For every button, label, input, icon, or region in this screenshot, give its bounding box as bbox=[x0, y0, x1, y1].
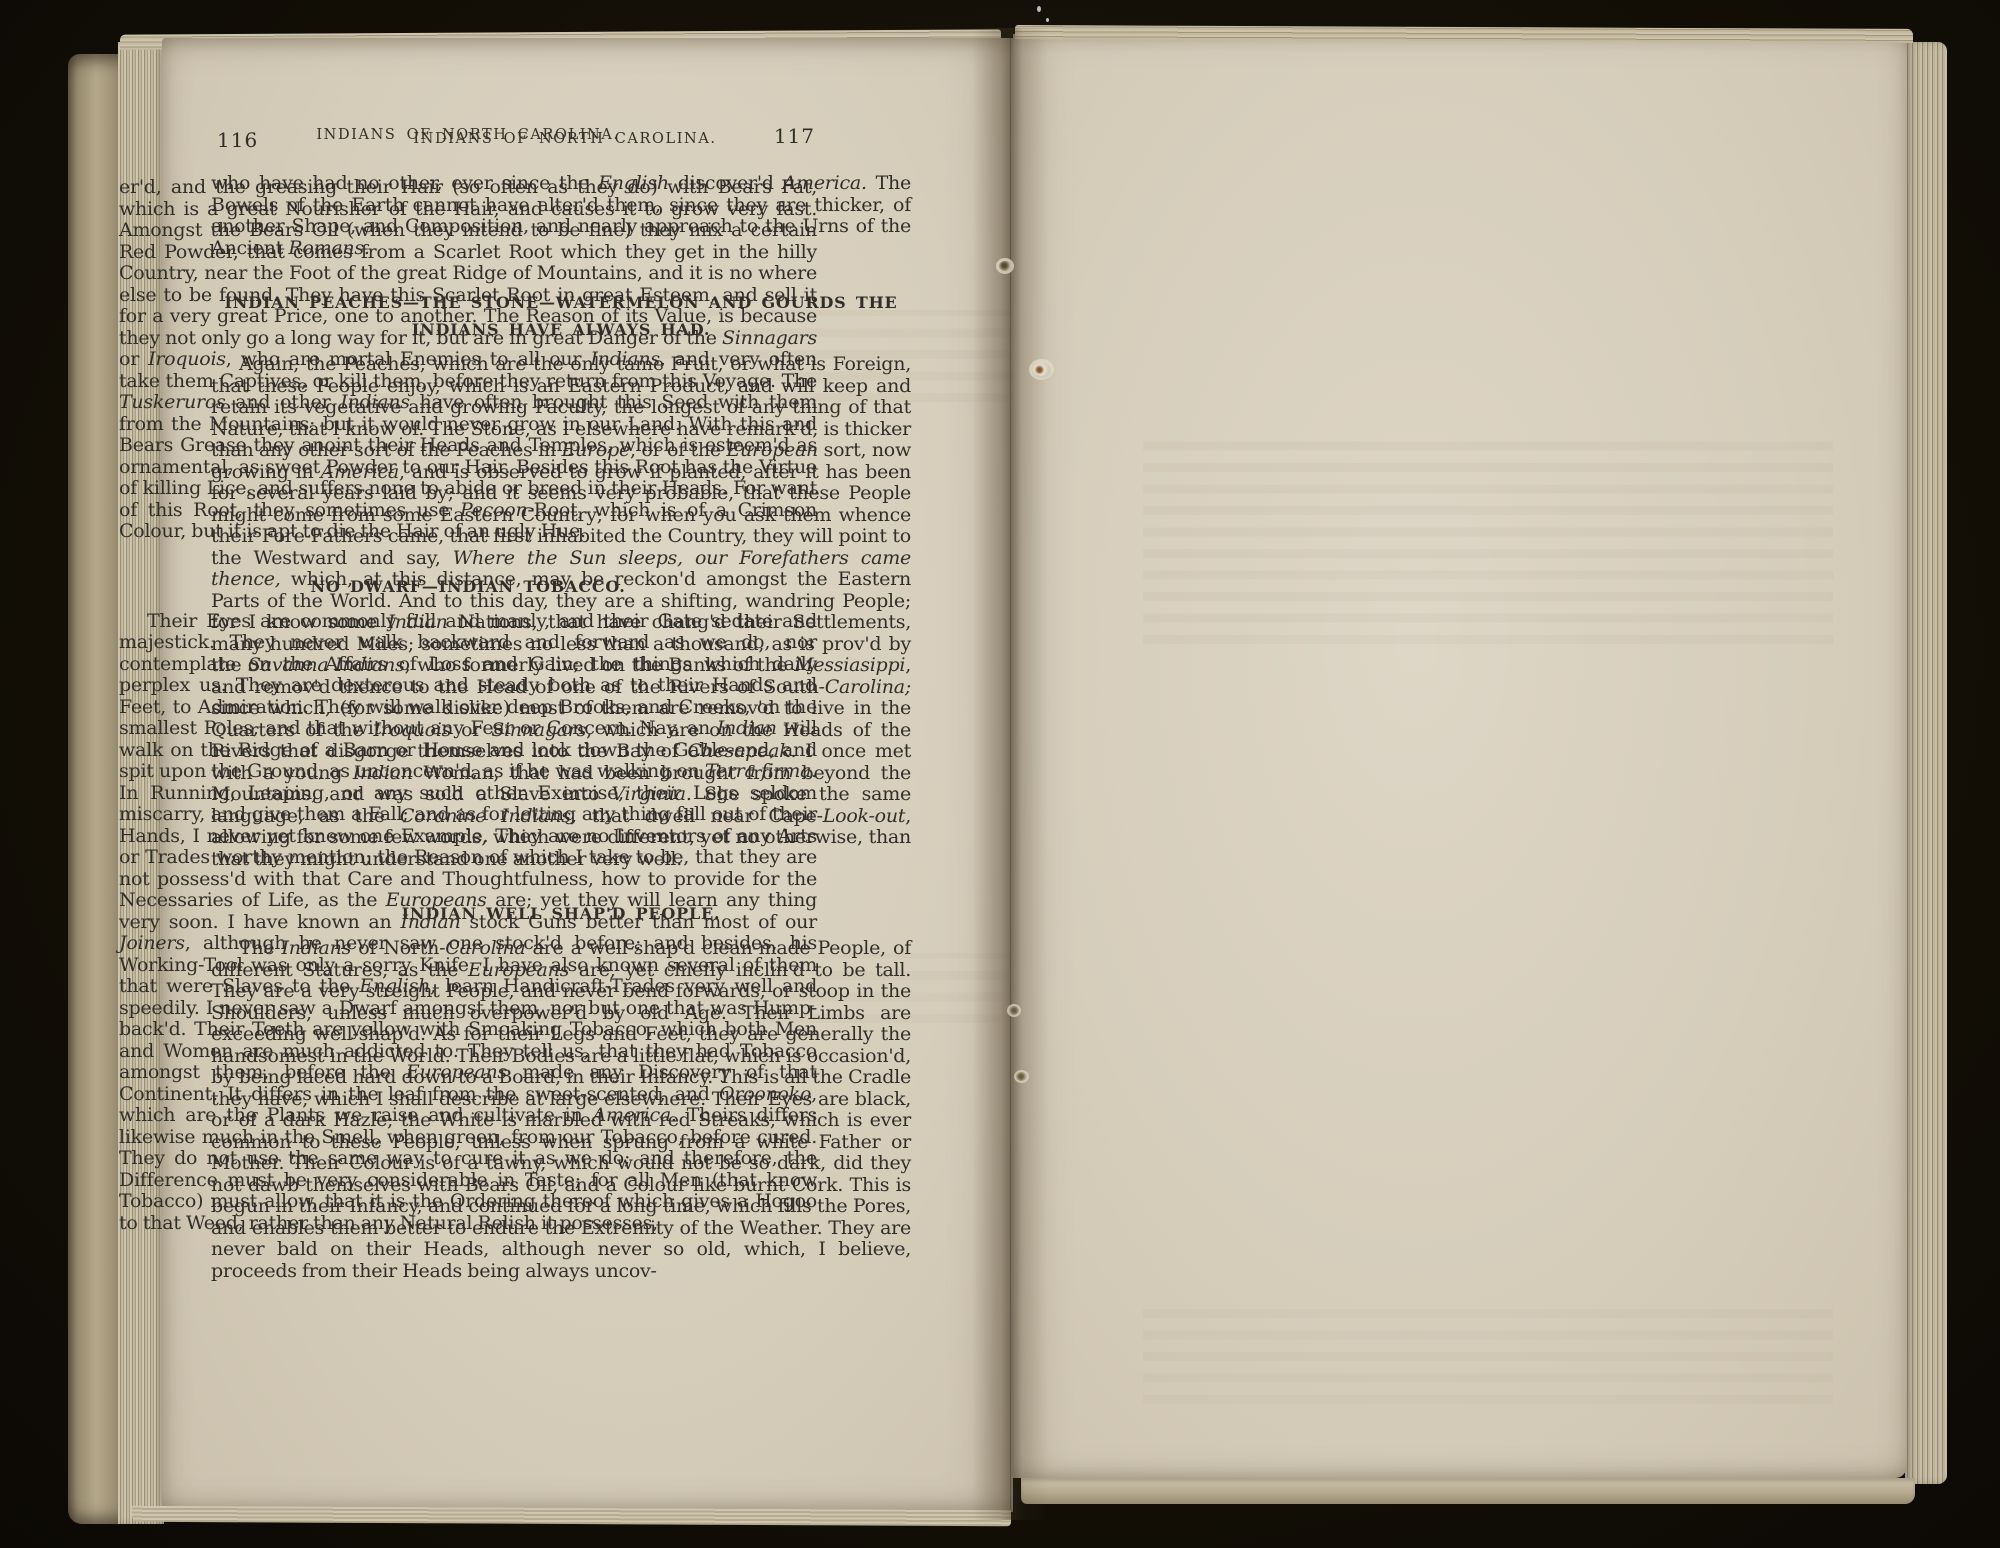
page-edge-bottom-right bbox=[1021, 1478, 1915, 1504]
section-heading: NO DWARF—INDIAN TOBACCO. bbox=[119, 573, 817, 600]
book-cover-edge-left bbox=[68, 54, 124, 1524]
page-number-right: 117 bbox=[774, 124, 815, 148]
background-speck bbox=[1037, 6, 1041, 12]
page-right bbox=[1013, 26, 1953, 1508]
running-title-right: INDIANS OF NORTH CAROLINA. bbox=[119, 127, 817, 143]
right-page-paper bbox=[1013, 34, 1907, 1478]
right-page-header: INDIANS OF NORTH CAROLINA. 117 bbox=[119, 124, 817, 154]
wormhole bbox=[1009, 1006, 1019, 1015]
page-edge-bottom-left bbox=[132, 1506, 1011, 1527]
wormhole bbox=[1033, 363, 1050, 376]
book-scan-photo: 116 INDIANS OF NORTH CAROLINA. who have … bbox=[0, 0, 2000, 1548]
paragraph: er'd, and the greasing their Hair (so of… bbox=[119, 177, 817, 543]
right-page-text: er'd, and the greasing their Hair (so of… bbox=[119, 177, 817, 1234]
background-speck bbox=[1046, 18, 1049, 22]
section-heading-line: NO DWARF—INDIAN TOBACCO. bbox=[119, 573, 817, 600]
page-edge-stack-right bbox=[1905, 42, 1947, 1484]
wormhole bbox=[999, 261, 1011, 271]
wormhole bbox=[1016, 1072, 1027, 1081]
paragraph: Their Eyes are commonly full and manly, … bbox=[119, 611, 817, 1235]
